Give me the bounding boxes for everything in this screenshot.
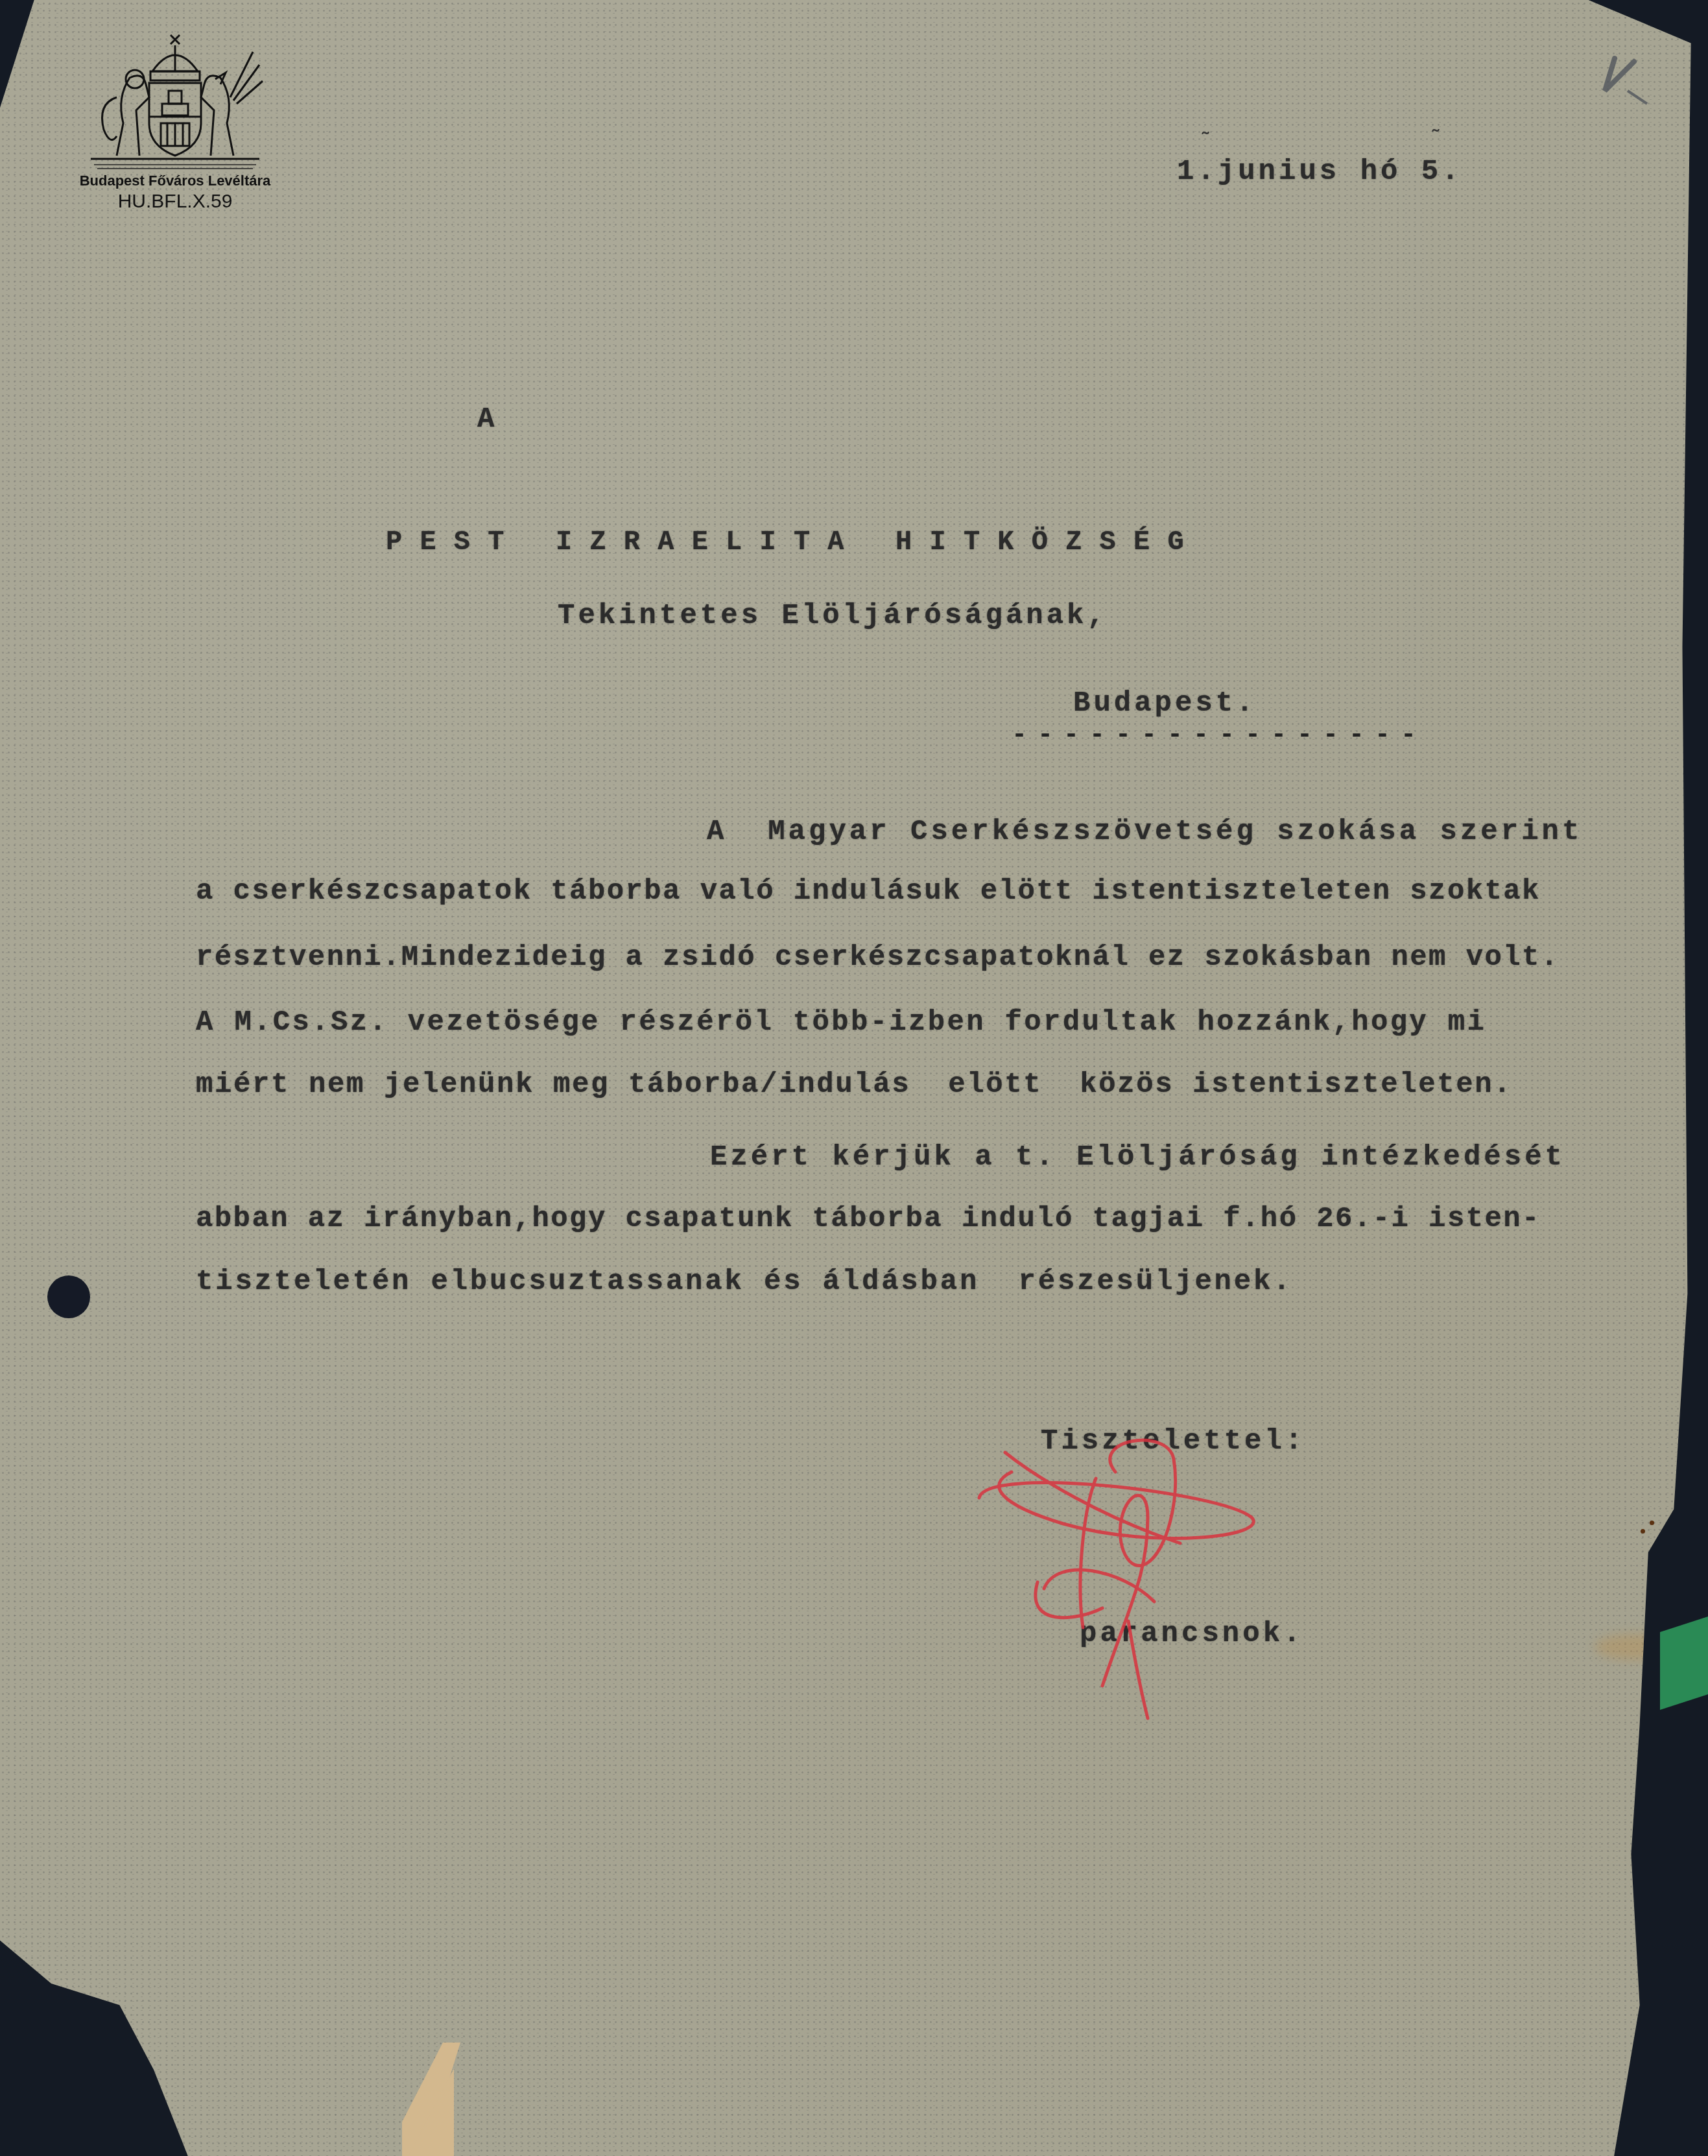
letter-date: 1.junius hó 5.	[1177, 156, 1462, 188]
body-line-3: résztvenni.Mindezideig a zsidó cserkészc…	[196, 942, 1560, 974]
coat-of-arms-icon	[78, 26, 272, 162]
stamp-divider	[78, 162, 272, 170]
rust-spot	[1676, 1566, 1681, 1570]
recipient-office: Tekintetes Elöljáróságának,	[558, 600, 1108, 632]
body-line-5: miért nem jelenünk meg táborba/indulás e…	[196, 1069, 1512, 1101]
diacritic-mark: ˜	[1430, 127, 1441, 149]
punch-hole	[47, 1275, 90, 1318]
body-line-1: A Magyar Cserkészszövetség szokása szeri…	[707, 816, 1582, 848]
archive-stamp: Budapest Főváros Levéltára HU.BFL.X.59	[75, 26, 276, 214]
diacritic-mark: ˜	[1200, 130, 1211, 152]
document-page: Budapest Főváros Levéltára HU.BFL.X.59 ˜…	[0, 0, 1708, 2156]
salutation-prefix: A	[477, 403, 497, 436]
rust-spot	[1650, 1521, 1654, 1525]
red-signature	[973, 1414, 1336, 1738]
rust-spot	[1660, 1582, 1665, 1587]
body-line-6: Ezért kérjük a t. Elöljáróság intézkedés…	[710, 1141, 1565, 1174]
body-line-7: abban az irányban,hogy csapatunk táborba…	[196, 1203, 1541, 1235]
body-line-4: A M.Cs.Sz. vezetösége részéröl több-izbe…	[196, 1006, 1486, 1039]
pencil-check-mark	[1595, 52, 1660, 130]
green-tab	[1660, 1617, 1708, 1710]
archive-reference-code: HU.BFL.X.59	[75, 191, 276, 213]
city-underline: - - - - - - - - - - - - - - - -	[1012, 721, 1414, 750]
body-line-2: a cserkészcsapatok táborba való indulásu…	[196, 875, 1541, 908]
body-line-8: tiszteletén elbucsuztassanak és áldásban…	[196, 1266, 1292, 1298]
torn-flap	[0, 2055, 65, 2156]
rust-spot	[1641, 1529, 1645, 1534]
recipient-organization: P E S T I Z R A E L I T A H I T K Ö Z S …	[386, 527, 1185, 558]
recipient-city: Budapest.	[1073, 687, 1257, 720]
archive-name: Budapest Főváros Levéltára	[75, 172, 276, 189]
